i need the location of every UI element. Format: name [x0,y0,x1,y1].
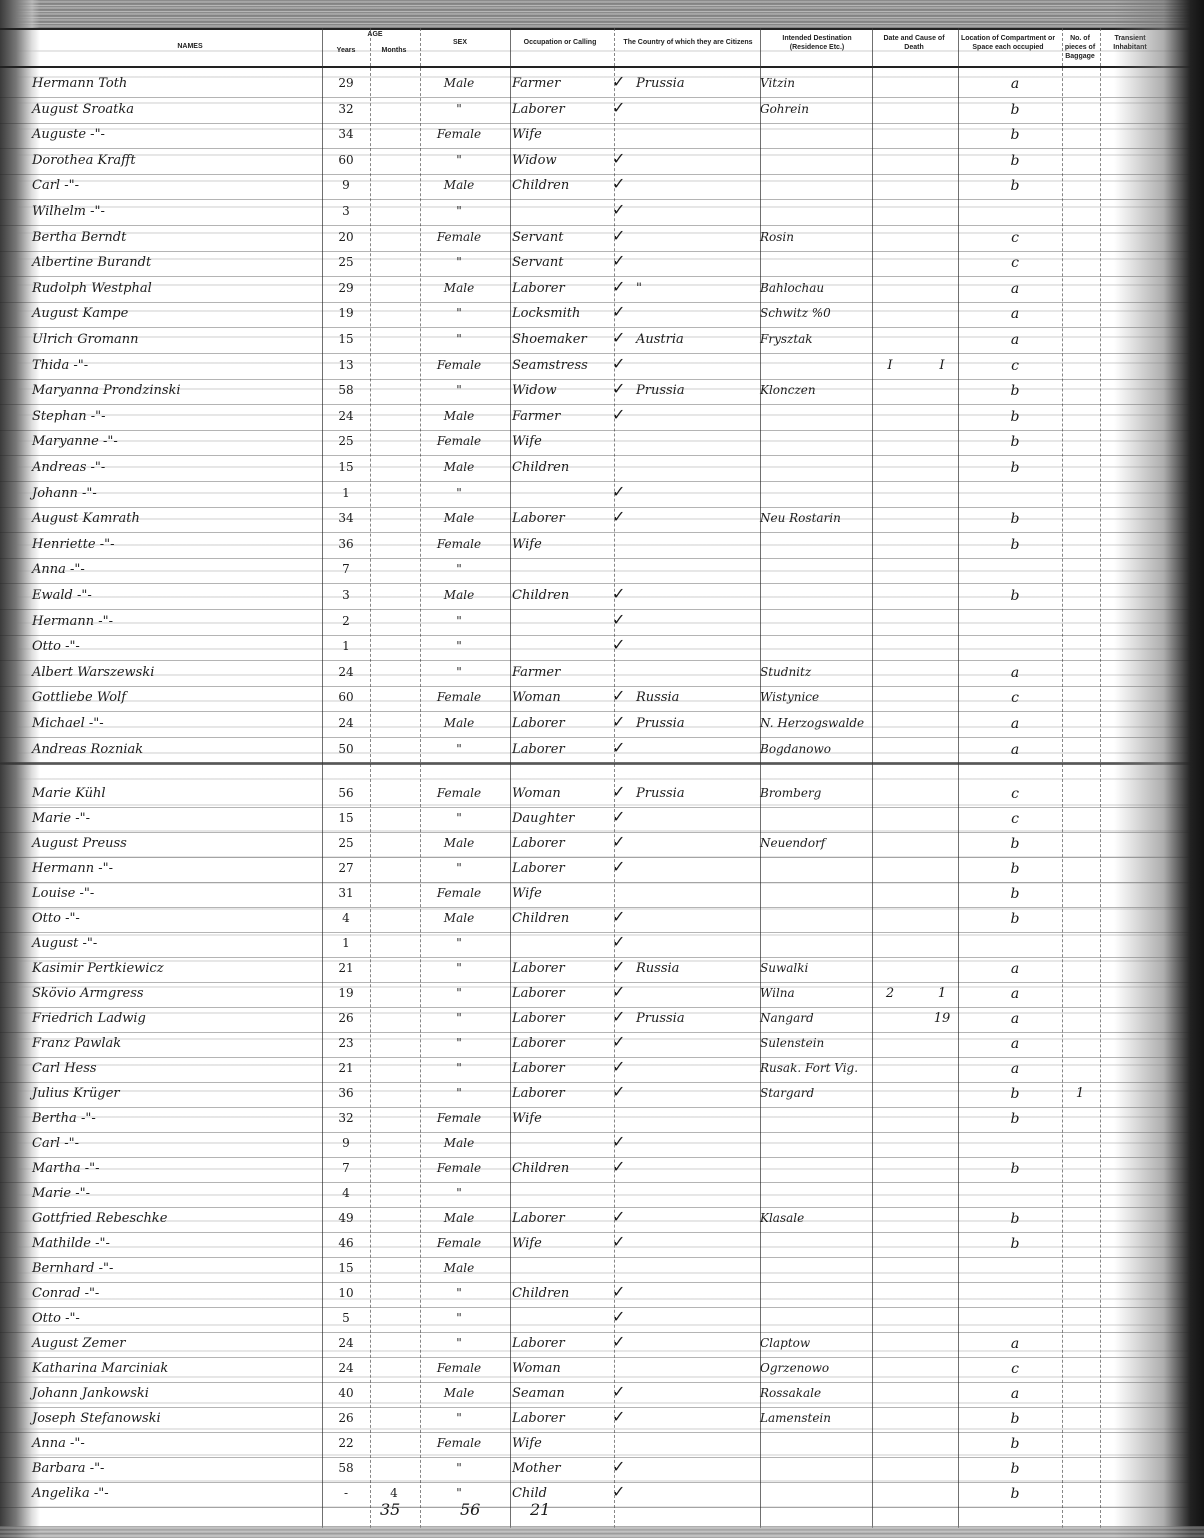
sex: Male [418,1261,500,1275]
sex: " [418,306,500,320]
sex: Female [418,1161,500,1175]
table-row: Gottliebe Wolf60FemaleWoman✓RussiaWistyn… [0,686,1204,712]
citizenship-checkmark: ✓ [612,1282,632,1301]
sex: " [418,1186,500,1200]
age-years: 21 [326,961,366,975]
occupation: Children [512,1286,612,1301]
compartment-location: c [1000,690,1030,706]
age-years: 60 [326,153,366,167]
compartment-location: b [1000,1461,1030,1477]
table-row: Kasimir Pertkiewicz21"Laborer✓RussiaSuwa… [0,957,1204,983]
table-row: Bertha -"-32FemaleWifeb [0,1107,1204,1133]
occupation: Farmer [512,76,612,91]
table-row: Bernhard -"-15Male [0,1257,1204,1283]
occupation: Laborer [512,861,612,876]
sex: Male [418,1386,500,1400]
intended-destination: Neu Rostarin [760,511,875,525]
table-row: Otto -"-1"✓ [0,635,1204,661]
table-row: Wilhelm -"-3"✓ [0,200,1204,226]
table-row: Ulrich Gromann15"Shoemaker✓AustriaFryszt… [0,328,1204,354]
sex: Female [418,690,500,704]
age-years: 24 [326,1336,366,1350]
citizenship-checkmark: ✓ [612,584,632,603]
age-years: 1 [326,639,366,653]
table-row: Otto -"-5"✓ [0,1307,1204,1333]
death-date: 2 [880,986,900,1001]
country: Russia [636,961,746,976]
citizenship-checkmark: ✓ [612,982,632,1001]
compartment-location: a [1000,716,1030,732]
table-row: August Kampe19"Locksmith✓Schwitz %0a [0,302,1204,328]
compartment-location: b [1000,537,1030,553]
age-years: 50 [326,742,366,756]
age-years: 10 [326,1286,366,1300]
citizenship-checkmark: ✓ [612,635,632,654]
age-years: 4 [326,1186,366,1200]
age-years: 40 [326,1386,366,1400]
passenger-name: Johann Jankowski [32,1386,322,1401]
table-row: August -"-1"✓ [0,932,1204,958]
sex: Male [418,76,500,90]
occupation: Laborer [512,1211,612,1226]
compartment-location: b [1000,1411,1030,1427]
occupation: Laborer [512,1336,612,1351]
compartment-location: b [1000,836,1030,852]
age-years: 15 [326,1261,366,1275]
age-years: 19 [326,306,366,320]
table-row: Carl Hess21"Laborer✓Rusak. Fort Vig.a [0,1057,1204,1083]
citizenship-checkmark: ✓ [612,405,632,424]
passenger-name: Mathilde -"- [32,1236,322,1251]
passenger-name: Hermann -"- [32,614,322,629]
compartment-location: b [1000,1161,1030,1177]
table-row: Stephan -"-24MaleFarmer✓b [0,405,1204,431]
sex: Male [418,911,500,925]
occupation: Wife [512,127,612,142]
occupation: Daughter [512,811,612,826]
passenger-name: Bertha Berndt [32,230,322,245]
sex: " [418,1086,500,1100]
age-years: 26 [326,1011,366,1025]
compartment-location: a [1000,742,1030,758]
citizenship-checkmark: ✓ [612,149,632,168]
compartment-location: b [1000,409,1030,425]
age-years: 49 [326,1211,366,1225]
intended-destination: Lamenstein [760,1411,875,1425]
age-years: 32 [326,102,366,116]
sex: Female [418,127,500,141]
citizenship-checkmark: ✓ [612,379,632,398]
occupation: Woman [512,690,612,705]
sex: " [418,1461,500,1475]
compartment-location: b [1000,861,1030,877]
occupation: Laborer [512,1411,612,1426]
intended-destination: Rusak. Fort Vig. [760,1061,875,1075]
passenger-name: August Sroatka [32,102,322,117]
passenger-name: Anna -"- [32,562,322,577]
passenger-name: Andreas -"- [32,460,322,475]
citizenship-checkmark: ✓ [612,712,632,731]
age-years: 5 [326,1311,366,1325]
occupation: Laborer [512,102,612,117]
table-row: Andreas Rozniak50"Laborer✓Bogdanowoa [0,738,1204,764]
total-a: 35 [380,1500,400,1519]
occupation: Laborer [512,742,612,757]
age-years: 34 [326,511,366,525]
sex: " [418,332,500,346]
passenger-name: Dorothea Krafft [32,153,322,168]
occupation: Locksmith [512,306,612,321]
passenger-name: Stephan -"- [32,409,322,424]
age-years: 24 [326,716,366,730]
intended-destination: Wistynice [760,690,875,704]
citizenship-checkmark: ✓ [612,1307,632,1326]
citizenship-checkmark: ✓ [612,610,632,629]
age-years: 36 [326,1086,366,1100]
age-years: 20 [326,230,366,244]
citizenship-checkmark: ✓ [612,328,632,347]
occupation: Laborer [512,1011,612,1026]
sex: Female [418,886,500,900]
sex: " [418,383,500,397]
sex: " [418,486,500,500]
passenger-name: Bertha -"- [32,1111,322,1126]
intended-destination: Ogrzenowo [760,1361,875,1375]
intended-destination: Klonczen [760,383,875,397]
compartment-location: b [1000,911,1030,927]
sex: " [418,614,500,628]
sex: Male [418,1211,500,1225]
sex: " [418,204,500,218]
citizenship-checkmark: ✓ [612,907,632,926]
sex: " [418,1411,500,1425]
country: Prussia [636,1011,746,1026]
compartment-location: b [1000,127,1030,143]
country: Prussia [636,383,746,398]
intended-destination: Gohrein [760,102,875,116]
citizenship-checkmark: ✓ [612,1407,632,1426]
citizenship-checkmark: ✓ [612,302,632,321]
citizenship-checkmark: ✓ [612,226,632,245]
citizenship-checkmark: ✓ [612,1482,632,1501]
passenger-name: Andreas Rozniak [32,742,322,757]
citizenship-checkmark: ✓ [612,1232,632,1251]
occupation: Wife [512,434,612,449]
passenger-name: Skövio Armgress [32,986,322,1001]
table-row: Hermann -"-27"Laborer✓b [0,857,1204,883]
citizenship-checkmark: ✓ [612,354,632,373]
age-years: 15 [326,811,366,825]
sex: " [418,102,500,116]
occupation: Children [512,178,612,193]
table-row: Henriette -"-36FemaleWifeb [0,533,1204,559]
table-row: Skövio Armgress19"Laborer✓Wilna21a [0,982,1204,1008]
passenger-name: Barbara -"- [32,1461,322,1476]
compartment-location: c [1000,255,1030,271]
citizenship-checkmark: ✓ [612,277,632,296]
passenger-name: Julius Krüger [32,1086,322,1101]
intended-destination: Stargard [760,1086,875,1100]
sex: Female [418,358,500,372]
sex: Male [418,1136,500,1150]
passenger-name: Carl Hess [32,1061,322,1076]
table-row: Friedrich Ladwig26"Laborer✓PrussiaNangar… [0,1007,1204,1033]
sex: Male [418,511,500,525]
compartment-location: c [1000,230,1030,246]
table-row: August Preuss25MaleLaborer✓Neuendorfb [0,832,1204,858]
sex: Female [418,434,500,448]
occupation: Servant [512,255,612,270]
table-row: Albertine Burandt25"Servant✓c [0,251,1204,277]
age-years: 7 [326,1161,366,1175]
intended-destination: Bahlochau [760,281,875,295]
sex: " [418,153,500,167]
occupation: Wife [512,886,612,901]
passenger-name: Henriette -"- [32,537,322,552]
intended-destination: Nangard [760,1011,875,1025]
table-row: August Kamrath34MaleLaborer✓Neu Rostarin… [0,507,1204,533]
compartment-location: b [1000,1486,1030,1502]
sex: Male [418,716,500,730]
passenger-name: Angelika -"- [32,1486,322,1501]
occupation: Wife [512,1436,612,1451]
citizenship-checkmark: ✓ [612,200,632,219]
table-row: Ewald -"-3MaleChildren✓b [0,584,1204,610]
table-row: Maryanna Prondzinski58"Widow✓PrussiaKlon… [0,379,1204,405]
sex: Female [418,230,500,244]
passenger-name: Rudolph Westphal [32,281,322,296]
table-row: Angelika -"--4"Child✓b [0,1482,1204,1508]
age-years: 26 [326,1411,366,1425]
citizenship-checkmark: ✓ [612,1032,632,1051]
intended-destination: Frysztak [760,332,875,346]
table-row: Joseph Stefanowski26"Laborer✓Lamensteinb [0,1407,1204,1433]
table-row: Carl -"-9MaleChildren✓b [0,174,1204,200]
citizenship-checkmark: ✓ [612,1007,632,1026]
passenger-name: Otto -"- [32,639,322,654]
sex: " [418,811,500,825]
table-row: Louise -"-31FemaleWifeb [0,882,1204,908]
compartment-location: a [1000,76,1030,92]
passenger-name: Otto -"- [32,1311,322,1326]
compartment-location: b [1000,102,1030,118]
compartment-location: b [1000,1086,1030,1102]
table-row: Albert Warszewski24"FarmerStudnitza [0,661,1204,687]
age-years: 29 [326,281,366,295]
compartment-location: a [1000,961,1030,977]
table-row: Hermann Toth29MaleFarmer✓PrussiaVitzina [0,72,1204,98]
passenger-name: Maryanne -"- [32,434,322,449]
death-cause: 1 [932,986,952,1001]
sex: " [418,1336,500,1350]
occupation: Widow [512,153,612,168]
passenger-name: Bernhard -"- [32,1261,322,1276]
sex: Female [418,786,500,800]
passenger-name: Albert Warszewski [32,665,322,680]
table-row: Martha -"-7FemaleChildren✓b [0,1157,1204,1183]
intended-destination: Rosin [760,230,875,244]
country: Prussia [636,76,746,91]
death-cause: I [932,358,952,373]
compartment-location: a [1000,1336,1030,1352]
sex: " [418,936,500,950]
country: Russia [636,690,746,705]
occupation: Children [512,588,612,603]
age-years: 4 [326,911,366,925]
table-row: Franz Pawlak23"Laborer✓Sulensteina [0,1032,1204,1058]
sex: " [418,1486,500,1500]
age-years: 19 [326,986,366,1000]
passenger-name: Louise -"- [32,886,322,901]
passenger-name: Kasimir Pertkiewicz [32,961,322,976]
table-row: Hermann -"-2"✓ [0,610,1204,636]
citizenship-checkmark: ✓ [612,932,632,951]
citizenship-checkmark: ✓ [612,1207,632,1226]
compartment-location: b [1000,886,1030,902]
sex: Male [418,588,500,602]
intended-destination: Vitzin [760,76,875,90]
intended-destination: Wilna [760,986,875,1000]
passenger-name: Albertine Burandt [32,255,322,270]
occupation: Seaman [512,1386,612,1401]
age-years: 25 [326,434,366,448]
compartment-location: b [1000,460,1030,476]
passenger-name: Hermann -"- [32,861,322,876]
intended-destination: Suwalki [760,961,875,975]
occupation: Woman [512,1361,612,1376]
scan-bottom-edge [0,1526,1204,1538]
age-years: 24 [326,665,366,679]
citizenship-checkmark: ✓ [612,251,632,270]
sex: Male [418,281,500,295]
occupation: Seamstress [512,358,612,373]
occupation: Laborer [512,716,612,731]
passenger-name: August -"- [32,936,322,951]
sex: " [418,1011,500,1025]
sex: Male [418,409,500,423]
citizenship-checkmark: ✓ [612,807,632,826]
occupation: Woman [512,786,612,801]
age-years: 9 [326,178,366,192]
occupation: Shoemaker [512,332,612,347]
age-years: 60 [326,690,366,704]
passenger-name: Ewald -"- [32,588,322,603]
occupation: Wife [512,1111,612,1126]
sex: " [418,1061,500,1075]
compartment-location: a [1000,1061,1030,1077]
passenger-name: Michael -"- [32,716,322,731]
table-row: Anna -"-22FemaleWifeb [0,1432,1204,1458]
compartment-location: a [1000,1036,1030,1052]
compartment-location: b [1000,178,1030,194]
occupation: Children [512,460,612,475]
sex: " [418,986,500,1000]
age-years: 27 [326,861,366,875]
compartment-location: c [1000,1361,1030,1377]
age-years: 25 [326,836,366,850]
sex: " [418,639,500,653]
age-years: 29 [326,76,366,90]
age-years: 31 [326,886,366,900]
age-years: 1 [326,486,366,500]
age-years: 21 [326,1061,366,1075]
compartment-location: b [1000,588,1030,604]
occupation: Laborer [512,986,612,1001]
table-row: Katharina Marciniak24FemaleWomanOgrzenow… [0,1357,1204,1383]
occupation: Laborer [512,511,612,526]
table-row: Thida -"-13FemaleSeamstress✓IIc [0,354,1204,380]
passenger-name: Anna -"- [32,1436,322,1451]
citizenship-checkmark: ✓ [612,1332,632,1351]
passenger-name: Maryanna Prondzinski [32,383,322,398]
intended-destination: Schwitz %0 [760,306,875,320]
country: " [636,281,746,296]
sex: " [418,1286,500,1300]
citizenship-checkmark: ✓ [612,98,632,117]
citizenship-checkmark: ✓ [612,832,632,851]
intended-destination: N. Herzogswalde [760,716,875,730]
age-months: 4 [372,1486,416,1500]
sex: " [418,961,500,975]
passenger-name: Hermann Toth [32,76,322,91]
occupation: Laborer [512,281,612,296]
table-row: Maryanne -"-25FemaleWifeb [0,430,1204,456]
citizenship-checkmark: ✓ [612,1382,632,1401]
passenger-name: Auguste -"- [32,127,322,142]
age-years: 1 [326,936,366,950]
age-years: 36 [326,537,366,551]
table-row: Barbara -"-58"Mother✓b [0,1457,1204,1483]
table-row: Mathilde -"-46FemaleWife✓b [0,1232,1204,1258]
compartment-location: b [1000,1236,1030,1252]
sex: " [418,665,500,679]
table-row: Andreas -"-15MaleChildrenb [0,456,1204,482]
intended-destination: Rossakale [760,1386,875,1400]
citizenship-checkmark: ✓ [612,1132,632,1151]
sex: Male [418,178,500,192]
passenger-name: Marie -"- [32,1186,322,1201]
passenger-name: Martha -"- [32,1161,322,1176]
passenger-name: Wilhelm -"- [32,204,322,219]
passenger-name: Gottfried Rebeschke [32,1211,322,1226]
age-years: 9 [326,1136,366,1150]
occupation: Laborer [512,836,612,851]
occupation: Wife [512,537,612,552]
citizenship-checkmark: ✓ [612,1082,632,1101]
passenger-name: Johann -"- [32,486,322,501]
age-years: 15 [326,332,366,346]
table-row: Auguste -"-34FemaleWifeb [0,123,1204,149]
passenger-name: Marie -"- [32,811,322,826]
country: Prussia [636,786,746,801]
manifest-page: NAMES AGE Years Months SEX Occupation or… [0,0,1204,1538]
citizenship-checkmark: ✓ [612,1057,632,1076]
table-row: Otto -"-4MaleChildren✓b [0,907,1204,933]
passenger-name: August Kampe [32,306,322,321]
citizenship-checkmark: ✓ [612,957,632,976]
table-row: August Sroatka32"Laborer✓Gohreinb [0,98,1204,124]
table-row: Gottfried Rebeschke49MaleLaborer✓Klasale… [0,1207,1204,1233]
table-row: Rudolph Westphal29MaleLaborer✓"Bahlochau… [0,277,1204,303]
compartment-location: a [1000,986,1030,1002]
passenger-name: August Kamrath [32,511,322,526]
occupation: Farmer [512,665,612,680]
table-row: August Zemer24"Laborer✓Claptowa [0,1332,1204,1358]
table-row: Carl -"-9Male✓ [0,1132,1204,1158]
passenger-name: Ulrich Gromann [32,332,322,347]
compartment-location: b [1000,153,1030,169]
compartment-location: b [1000,511,1030,527]
